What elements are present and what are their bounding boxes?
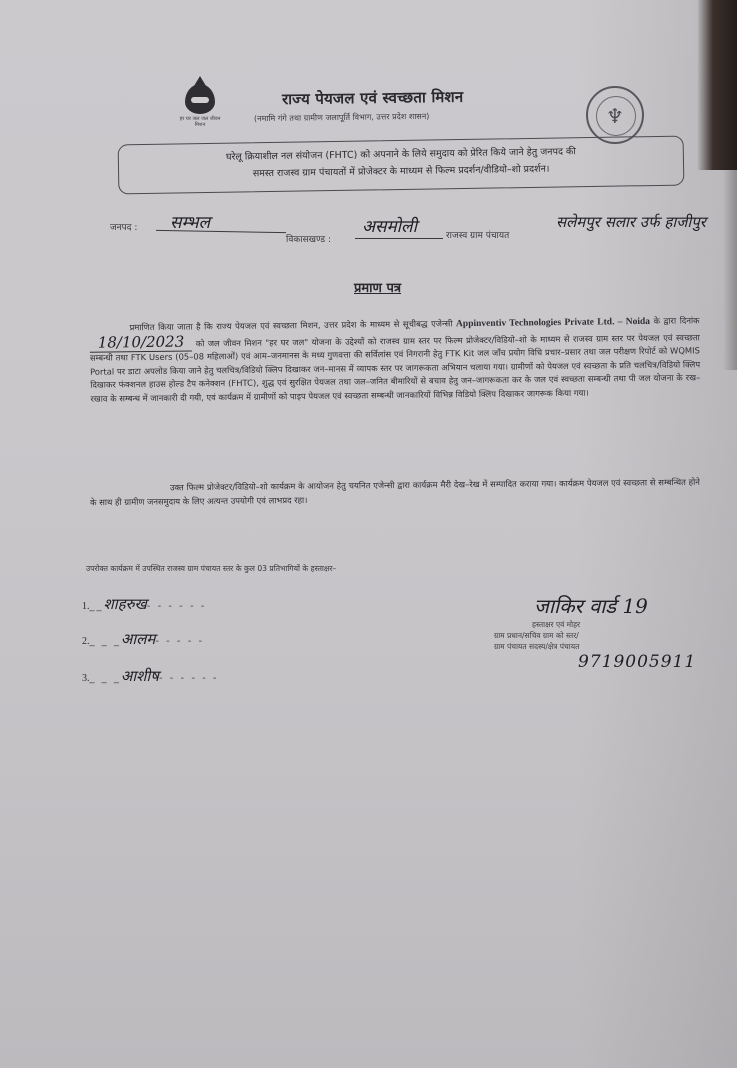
block-underline — [355, 238, 443, 239]
para1-text-b: के द्वारा दिनांक — [650, 315, 700, 326]
attendee-row: 1.__शाहरुख- - - - - - — [82, 594, 206, 614]
attendee-number: 1. — [82, 601, 90, 612]
attendee-number: 2. — [82, 636, 90, 647]
certificate-title: प्रमाण पत्र — [354, 278, 401, 296]
program-date: 18/10/2023 — [90, 332, 193, 352]
signatory-block: जाकिर वार्ड 19 हस्ताक्षर एवं मोहर ग्राम … — [494, 592, 714, 672]
para2-text: उक्त फिल्म प्रोजेक्टर/विडियो–शो कार्यक्र… — [90, 477, 700, 507]
signatory-role-label: ग्राम प्रधान/सचिव ग्राम को स्तर/ — [494, 630, 714, 641]
org-title: राज्य पेयजल एवं स्वच्छता मिशन — [282, 87, 464, 110]
attendees-intro: उपरोक्त कार्यक्रम में उपस्थित राजस्व ग्र… — [86, 563, 426, 574]
photo-background-edge — [723, 170, 737, 370]
district-label: जनपद : — [110, 220, 137, 233]
block-label: विकासखण्ड : — [286, 232, 331, 245]
logo-caption: हर घर जल जल जीवन मिशन — [176, 116, 224, 128]
signatory-phone: 9719005911 — [578, 652, 714, 672]
jal-jeevan-mission-logo: हर घर जल जल जीवन मिशन — [176, 84, 224, 136]
photo-background-edge — [697, 0, 737, 170]
program-banner: घरेलू क्रियाशील नल संयोजन (FHTC) को अपना… — [118, 136, 685, 195]
signatory-signature: जाकिर वार्ड 19 — [534, 592, 714, 619]
gram-panchayat-value: सलेमपुर सलार उर्फ हाजीपुर — [556, 212, 706, 232]
attendee-signature: आलम — [121, 630, 155, 648]
attendee-signature: शाहरुख — [104, 595, 147, 613]
certificate-body-paragraph-1: प्रमाणित किया जाता है कि राज्य पेयजल एवं… — [90, 314, 701, 406]
agency-name: Appinventiv Technologies Private Ltd. – … — [456, 317, 650, 329]
attendee-row: 2._ _ _आलम- - - - - — [82, 629, 204, 649]
block-value: असमोली — [362, 214, 417, 237]
attendee-row: 3._ _ _आशीष- - - - - - — [82, 666, 219, 686]
org-subtitle: (नमामि गंगे तथा ग्रामीण जलापूर्ति विभाग,… — [254, 111, 430, 124]
attendee-signature: आशीष — [121, 667, 159, 685]
attendee-number: 3. — [82, 673, 90, 684]
certificate-document: हर घर जल जल जीवन मिशन राज्य पेयजल एवं स्… — [0, 0, 737, 1068]
gram-panchayat-label: राजस्व ग्राम पंचायत — [446, 228, 509, 241]
water-drop-icon — [185, 84, 215, 114]
signatory-role-label-2: ग्राम पंचायत सदस्य/क्षेत्र पंचायत — [494, 641, 714, 652]
up-govt-emblem-icon: ♆ — [586, 86, 644, 144]
signature-seal-label: हस्ताक्षर एवं मोहर — [532, 619, 714, 630]
para1-text-a: प्रमाणित किया जाता है कि राज्य पेयजल एवं… — [130, 318, 457, 332]
